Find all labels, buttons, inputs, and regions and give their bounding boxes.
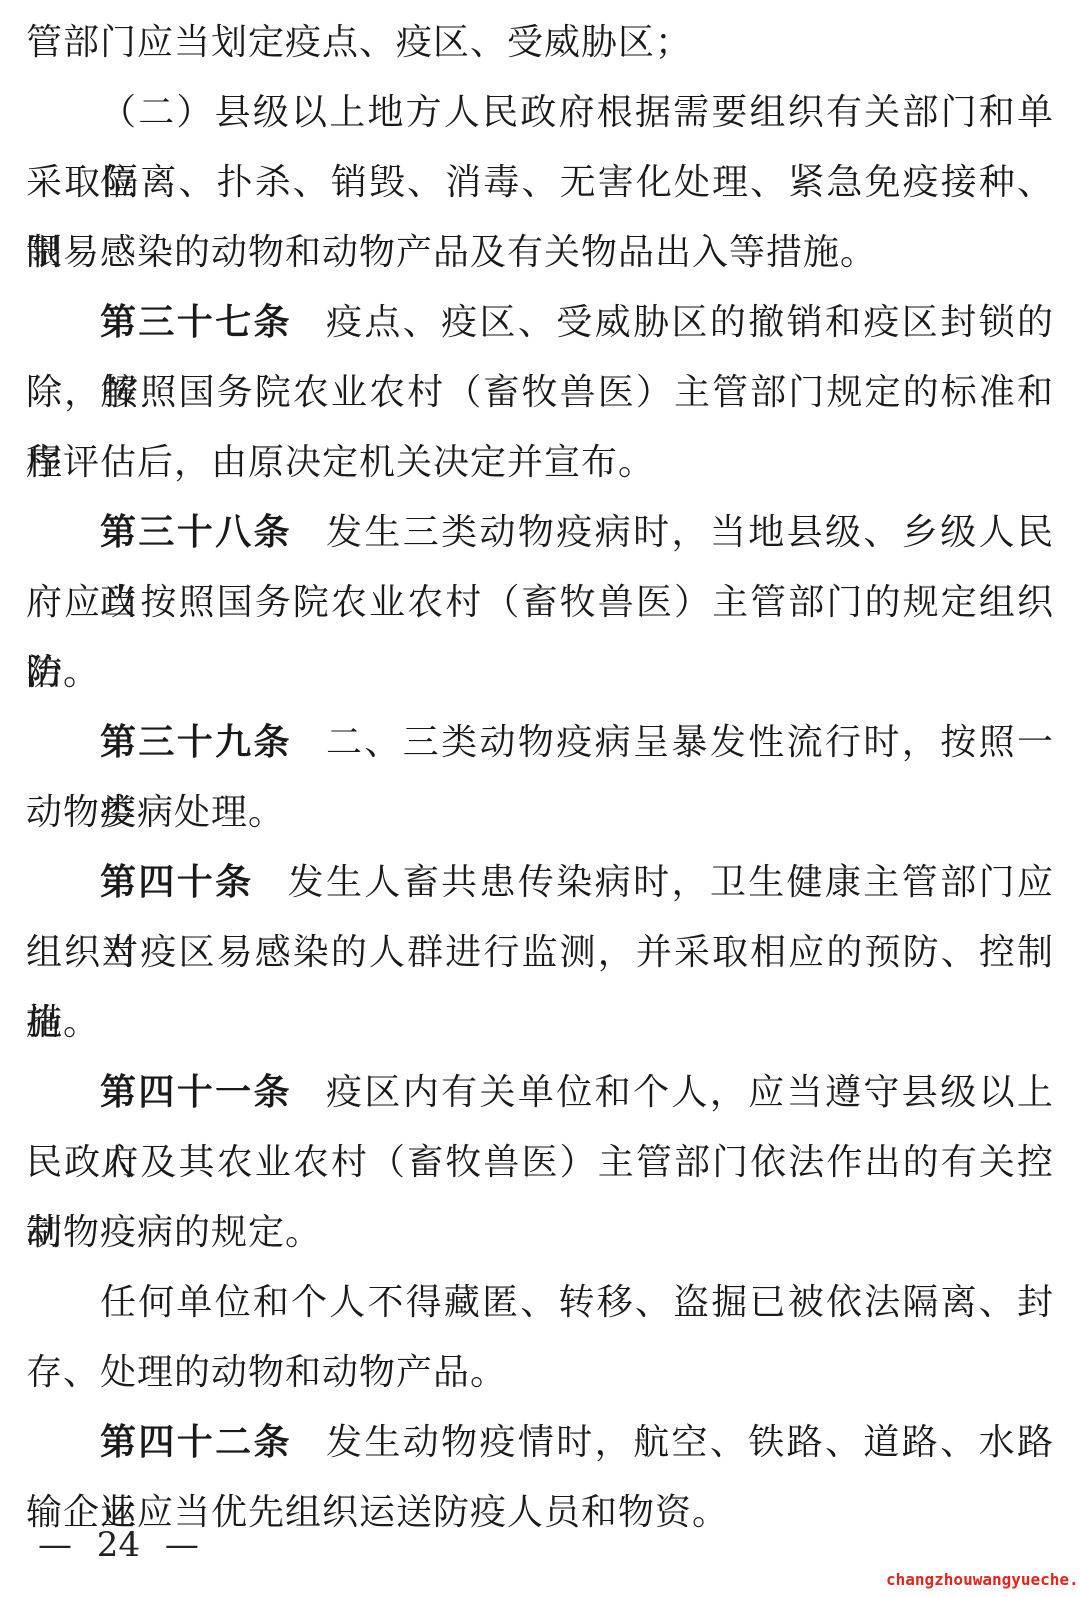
text-line: 第四十二条发生动物疫情时，航空、铁路、道路、水路运: [26, 1408, 1054, 1478]
text-line: （二）县级以上地方人民政府根据需要组织有关部门和单位: [26, 78, 1054, 148]
text-line: 存、处理的动物和动物产品。: [26, 1338, 1054, 1408]
page-footer: — 24 —: [38, 1522, 199, 1568]
line-text: 序评估后，由原决定机关决定并宣布。: [26, 442, 655, 483]
text-line: 第四十一条疫区内有关单位和个人，应当遵守县级以上人: [26, 1058, 1054, 1128]
text-line: 施。: [26, 988, 1054, 1058]
article-number: 第三十八条: [100, 512, 292, 553]
line-text: 施。: [26, 1002, 100, 1043]
text-line: 第四十条发生人畜共患传染病时，卫生健康主管部门应当: [26, 848, 1054, 918]
text-line: 动物疫病的规定。: [26, 1198, 1054, 1268]
text-line: 民政府及其农业农村（畜牧兽医）主管部门依法作出的有关控制: [26, 1128, 1054, 1198]
text-line: 采取隔离、扑杀、销毁、消毒、无害化处理、紧急免疫接种、限: [26, 148, 1054, 218]
text-line: 组织对疫区易感染的人群进行监测，并采取相应的预防、控制措: [26, 918, 1054, 988]
document-body: 管部门应当划定疫点、疫区、受威胁区；（二）县级以上地方人民政府根据需要组织有关部…: [0, 0, 1080, 1548]
text-line: 治。: [26, 638, 1054, 708]
document-page: 管部门应当划定疫点、疫区、受威胁区；（二）县级以上地方人民政府根据需要组织有关部…: [0, 0, 1080, 1597]
article-number: 第三十七条: [100, 302, 292, 343]
text-line: 第三十九条二、三类动物疫病呈暴发性流行时，按照一类: [26, 708, 1054, 778]
text-line: 管部门应当划定疫点、疫区、受威胁区；: [26, 8, 1054, 78]
line-text: 动物疫病的规定。: [26, 1212, 322, 1253]
text-line: 第三十七条疫点、疫区、受威胁区的撤销和疫区封锁的解: [26, 288, 1054, 358]
line-text: 动物疫病处理。: [26, 792, 285, 833]
text-line: 任何单位和个人不得藏匿、转移、盗掘已被依法隔离、封: [26, 1268, 1054, 1338]
text-line: 序评估后，由原决定机关决定并宣布。: [26, 428, 1054, 498]
text-line: 府应当按照国务院农业农村（畜牧兽医）主管部门的规定组织防: [26, 568, 1054, 638]
line-text: 管部门应当划定疫点、疫区、受威胁区；: [26, 22, 692, 63]
article-number: 第四十二条: [100, 1422, 292, 1463]
watermark-url: changzhouwangyueche.cc: [886, 1566, 1080, 1594]
page-number: — 24 —: [38, 1525, 199, 1565]
article-number: 第四十条: [100, 862, 254, 903]
line-text: 任何单位和个人不得藏匿、转移、盗掘已被依法隔离、封: [100, 1282, 1054, 1323]
text-line: 制易感染的动物和动物产品及有关物品出入等措施。: [26, 218, 1054, 288]
text-line: 除，按照国务院农业农村（畜牧兽医）主管部门规定的标准和程: [26, 358, 1054, 428]
article-number: 第三十九条: [100, 722, 292, 763]
article-number: 第四十一条: [100, 1072, 292, 1113]
text-line: 动物疫病处理。: [26, 778, 1054, 848]
line-text: 制易感染的动物和动物产品及有关物品出入等措施。: [26, 232, 877, 273]
text-line: 第三十八条发生三类动物疫病时，当地县级、乡级人民政: [26, 498, 1054, 568]
line-text: 治。: [26, 652, 100, 693]
line-text: 存、处理的动物和动物产品。: [26, 1352, 507, 1393]
